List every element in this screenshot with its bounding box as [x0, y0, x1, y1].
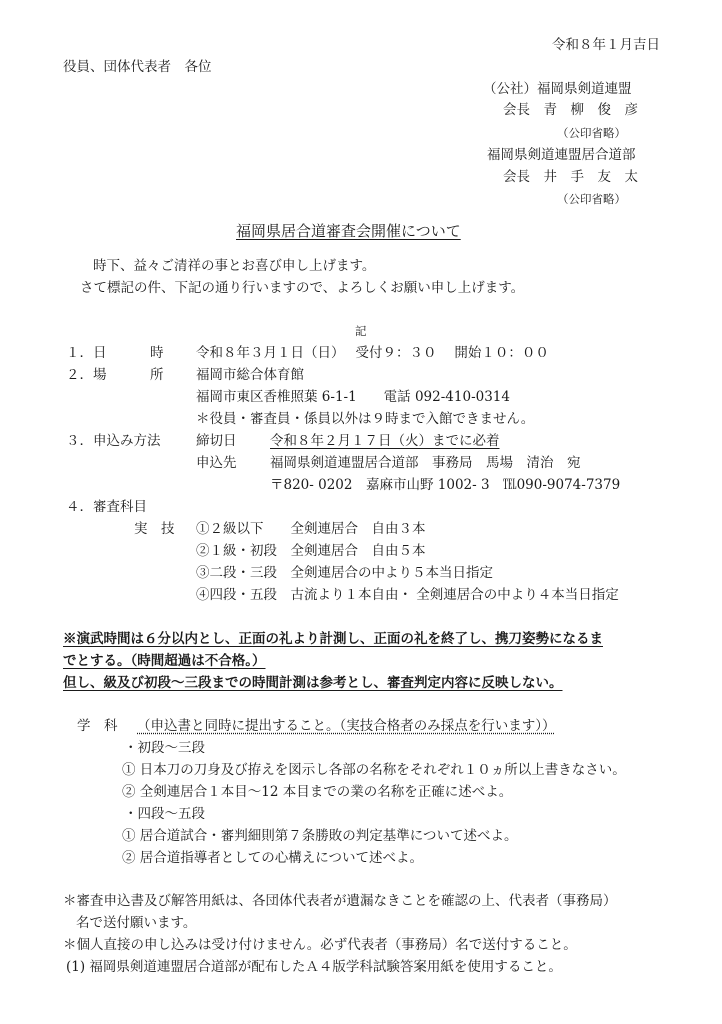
item-apply-label: ３．申込み方法: [66, 432, 161, 450]
deadline-label: 締切日: [196, 432, 237, 450]
document-title: 福岡県居合道審査会開催について: [236, 222, 461, 240]
destination-label: 申込先: [196, 454, 237, 472]
practical-item: ③二段・三段 全剣連居合の中より５本当日指定: [196, 564, 493, 582]
written-group1-title: ・初段～三段: [124, 739, 205, 757]
item-place-label-end: 所: [150, 366, 164, 384]
issue-date: 令和８年１月吉日: [552, 36, 660, 54]
footer-note-line-3: ＊個人直接の申し込みは受け付けません。必ず代表者（事務局）名で送付すること。: [63, 936, 577, 954]
item-date-label: １．日: [66, 344, 107, 362]
sender1-name: 会長 青 柳 俊 彦: [503, 101, 638, 119]
footer-note-line-4: (1) 福岡県剣道連盟居合道部が配布したＡ４版学科試験答案用紙を使用すること。: [66, 958, 562, 976]
sender2-name: 会長 井 手 友 太: [503, 168, 638, 186]
time-note-line-1: ※演武時間は６分以内とし、正面の礼より計測し、正面の礼を終了し、携刀姿勢になるま: [63, 630, 603, 648]
item-date-label-end: 時: [150, 344, 164, 362]
sender1-org: （公社）福岡県剣道連盟: [483, 80, 632, 98]
written-question: ② 全剣連居合１本目～12 本目までの業の名称を正確に述べよ。: [122, 783, 512, 801]
footer-note-line-2: 名で送付願います。: [76, 914, 196, 932]
time-note-line-2: でとする。（時間超過は不合格。）: [63, 652, 266, 670]
practical-item: ④四段・五段 古流より１本自由・ 全剣連居合の中より４本当日指定: [196, 586, 619, 604]
footer-note-line-1: ＊審査申込書及び解答用紙は、各団体代表者が遺漏なきことを確認の上、代表者（事務局…: [63, 892, 617, 910]
sender2-org: 福岡県剣道連盟居合道部: [487, 146, 636, 164]
practical-item: ①２級以下 全剣連居合 自由３本: [196, 520, 426, 538]
time-note-line-3: 但し、級及び初段～三段までの時間計測は参考とし、審査判定内容に反映しない。: [63, 674, 563, 692]
written-group2-title: ・四段～五段: [124, 805, 205, 823]
greeting-line-2: さて標記の件、下記の通り行いますので、よろしくお願い申し上げます。: [80, 279, 524, 297]
venue: 福岡市総合体育館: [196, 366, 304, 384]
sender2-seal: （公印省略）: [557, 190, 626, 208]
sender1-seal: （公印省略）: [557, 124, 626, 142]
written-question: ① 居合道試合・審判細則第７条勝敗の判定基準について述べよ。: [122, 827, 518, 845]
written-note: （申込書と同時に提出すること。（実技合格者のみ採点を行います））: [137, 717, 556, 735]
entry-note: ＊役員・審査員・係員以外は９時まで入館できません。: [196, 410, 534, 428]
deadline-value: 令和８年２月１７日（火）までに必着: [270, 432, 500, 450]
practical-label: 実 技: [134, 520, 175, 538]
practical-item: ②１級・初段 全剣連居合 自由５本: [196, 542, 426, 560]
written-question: ① 日本刀の刀身及び拵えを図示し各部の名称をそれぞれ１０ヵ所以上書きなさい。: [122, 761, 626, 779]
recipient: 役員、団体代表者 各位: [63, 58, 212, 76]
written-label: 学 科: [77, 717, 118, 735]
ki-heading: 記: [355, 322, 367, 340]
destination-address: 〒820- 0202 嘉麻市山野 1002- 3 ℡090-9074-7379: [270, 476, 620, 494]
destination-value: 福岡県剣道連盟居合道部 事務局 馬場 清治 宛: [270, 454, 581, 472]
item-place-label: ２．場: [66, 366, 107, 384]
written-question: ② 居合道指導者としての心構えについて述べよ。: [122, 849, 423, 867]
item-date-value: 令和８年３月１日（日） 受付９：３０ 開始１０：００: [196, 344, 549, 362]
greeting-line-1: 時下、益々ご清祥の事とお喜び申し上げます。: [93, 257, 375, 275]
venue-address: 福岡市東区香椎照葉 6-1-1 電話 092-410-0314: [196, 388, 510, 406]
item-subjects-label: ４．審査科目: [66, 498, 147, 516]
